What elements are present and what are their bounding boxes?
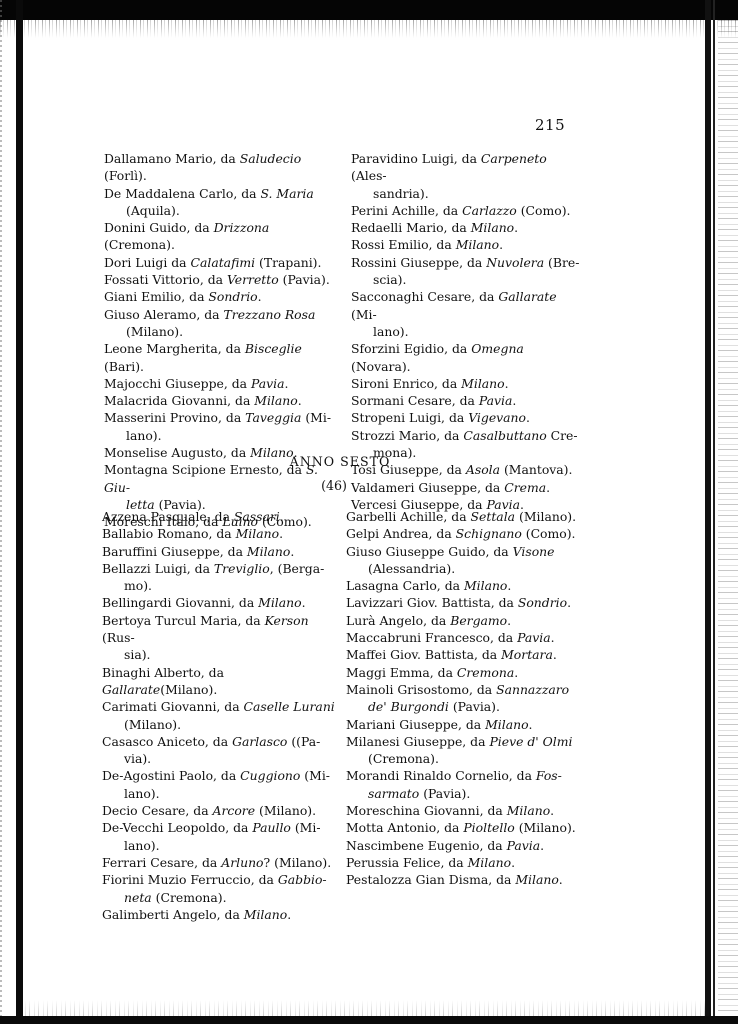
entry-province: . bbox=[550, 803, 554, 818]
entry-province: (Milano). bbox=[515, 509, 576, 524]
entry-name: Strozzi Mario, da bbox=[351, 428, 463, 443]
list-entry: Lasagna Carlo, da Milano. bbox=[346, 577, 582, 594]
entry-province: . bbox=[258, 289, 262, 304]
entry-name: Maggi Emma, da bbox=[346, 665, 457, 680]
entry-place: Pavia bbox=[517, 630, 551, 645]
entry-continuation: sarmato (Pavia). bbox=[346, 785, 582, 802]
entry-place: Sondrio bbox=[518, 595, 567, 610]
entry-place-continuation: neta bbox=[124, 890, 152, 905]
entry-continuation: neta (Cremona). bbox=[102, 889, 340, 906]
entry-name: Redaelli Mario, da bbox=[351, 220, 471, 235]
entry-province: . bbox=[551, 630, 555, 645]
entry-continuation: lano). bbox=[351, 323, 581, 340]
page-number: 215 bbox=[535, 116, 565, 134]
list-entry: Sironi Enrico, da Milano. bbox=[351, 375, 581, 392]
list-entry: Majocchi Giuseppe, da Pavia. bbox=[104, 375, 340, 392]
list-entry: Decio Cesare, da Arcore (Milano). bbox=[102, 802, 340, 819]
list-entry: Sacconaghi Cesare, da Gallarate (Mi-lano… bbox=[351, 288, 581, 340]
entry-continuation-text: via). bbox=[124, 751, 151, 766]
list-entry: Bellingardi Giovanni, da Milano. bbox=[102, 594, 340, 611]
entry-continuation: scia). bbox=[351, 271, 581, 288]
entry-continuation: sandria). bbox=[351, 185, 581, 202]
entry-place: Drizzona bbox=[214, 220, 270, 235]
entry-place: Pavia bbox=[479, 393, 513, 408]
list-entry: De-Agostini Paolo, da Cuggiono (Mi-lano)… bbox=[102, 767, 340, 802]
entry-place: Milano bbox=[456, 237, 499, 252]
entry-continuation-text: (Pavia). bbox=[449, 699, 500, 714]
entry-place-continuation: sarmato bbox=[368, 786, 419, 801]
entry-name: Motta Antonio, da bbox=[346, 820, 463, 835]
entry-province: . bbox=[507, 613, 511, 628]
entry-province: (Bari). bbox=[104, 359, 144, 374]
list-entry: Casasco Aniceto, da Garlasco ((Pa-via). bbox=[102, 733, 340, 768]
entry-name: Nascimbene Eugenio, da bbox=[346, 838, 507, 853]
scan-noise-bottom bbox=[20, 1000, 710, 1016]
entry-place: Bergamo bbox=[450, 613, 507, 628]
entry-name: Milanesi Giuseppe, da bbox=[346, 734, 489, 749]
entry-place: Sassari bbox=[234, 509, 280, 524]
entry-continuation-text: sia). bbox=[124, 647, 150, 662]
entry-place: Milano bbox=[507, 803, 550, 818]
entry-province: . bbox=[290, 544, 294, 559]
entry-place: Carpeneto bbox=[481, 151, 547, 166]
list-entry: Ballabio Romano, da Milano. bbox=[102, 525, 340, 542]
list-entry: Masserini Provino, da Taveggia (Mi-lano)… bbox=[104, 409, 340, 444]
entry-name: Dallamano Mario, da bbox=[104, 151, 240, 166]
entry-continuation: (Milano). bbox=[104, 323, 340, 340]
entry-place: Milano bbox=[461, 376, 504, 391]
entry-province: . bbox=[512, 393, 516, 408]
entry-place: Milano bbox=[515, 872, 558, 887]
entry-place: S. Maria bbox=[260, 186, 313, 201]
entry-continuation-text: (Alessandria). bbox=[368, 561, 455, 576]
entry-continuation-text: (Pavia). bbox=[419, 786, 470, 801]
entry-province: . bbox=[505, 376, 509, 391]
entry-place: Paullo bbox=[252, 820, 291, 835]
entry-name: Stropeni Luigi, da bbox=[351, 410, 468, 425]
entry-province: (Cremona). bbox=[104, 237, 175, 252]
entry-place: Pavia bbox=[507, 838, 541, 853]
entry-name: Lasagna Carlo, da bbox=[346, 578, 464, 593]
entry-province: (Mi- bbox=[300, 768, 330, 783]
list-entry: Baruffini Giuseppe, da Milano. bbox=[102, 543, 340, 560]
section-title-text: ANNO SESTO bbox=[290, 454, 391, 469]
list-entry: Rossi Emilio, da Milano. bbox=[351, 236, 581, 253]
entry-continuation-text: lano). bbox=[124, 838, 160, 853]
entry-name: Casasco Aniceto, da bbox=[102, 734, 232, 749]
entry-name: Rossi Emilio, da bbox=[351, 237, 456, 252]
entry-province: (Novara). bbox=[351, 359, 411, 374]
entry-province: , (Berga- bbox=[270, 561, 325, 576]
entry-name: Ballabio Romano, da bbox=[102, 526, 236, 541]
list-entry: Ferrari Cesare, da Arluno? (Milano). bbox=[102, 854, 340, 871]
entry-province: . bbox=[540, 838, 544, 853]
list-entry: Garbelli Achille, da Settala (Milano). bbox=[346, 508, 582, 525]
entry-place: Treviglio bbox=[214, 561, 270, 576]
entry-name: Rossini Giuseppe, da bbox=[351, 255, 486, 270]
entry-name: Carimati Giovanni, da bbox=[102, 699, 244, 714]
entry-name: Sforzini Egidio, da bbox=[351, 341, 471, 356]
entry-province: . bbox=[298, 393, 302, 408]
entry-name: Morandi Rinaldo Cornelio, da bbox=[346, 768, 536, 783]
entry-place: Milano bbox=[464, 578, 507, 593]
entry-province: (Mi- bbox=[301, 410, 331, 425]
entry-name: Giani Emilio, da bbox=[104, 289, 208, 304]
entry-place: Casalbuttano bbox=[463, 428, 546, 443]
entry-name: Malacrida Giovanni, da bbox=[104, 393, 254, 408]
scan-noise-top bbox=[0, 20, 738, 38]
entry-continuation-text: lano). bbox=[373, 324, 409, 339]
entry-place: Schignano bbox=[456, 526, 522, 541]
entry-province: . bbox=[507, 578, 511, 593]
entry-place: Milano bbox=[247, 544, 290, 559]
entry-name: Sironi Enrico, da bbox=[351, 376, 461, 391]
list-entry: Rossini Giuseppe, da Nuvolera (Bre-scia)… bbox=[351, 254, 581, 289]
entry-name: Dori Luigi da bbox=[104, 255, 190, 270]
prior-list-left-column: Dallamano Mario, da Saludecio (Forlì).De… bbox=[104, 150, 340, 531]
entry-name: Leone Margherita, da bbox=[104, 341, 245, 356]
entry-name: De Maddalena Carlo, da bbox=[104, 186, 260, 201]
entry-place: Pioltello bbox=[463, 820, 514, 835]
entry-name: Lurà Angelo, da bbox=[346, 613, 450, 628]
entry-place: Sondrio bbox=[208, 289, 257, 304]
list-entry: Fossati Vittorio, da Verretto (Pavia). bbox=[104, 271, 340, 288]
entry-name: Masserini Provino, da bbox=[104, 410, 245, 425]
entry-place: Pieve d' Olmi bbox=[489, 734, 572, 749]
entry-name: Sacconaghi Cesare, da bbox=[351, 289, 498, 304]
scan-noise-right bbox=[718, 20, 738, 1024]
entry-name: Bellingardi Giovanni, da bbox=[102, 595, 258, 610]
entry-province: (Como). bbox=[522, 526, 576, 541]
entry-name: Bertoya Turcul Maria, da bbox=[102, 613, 265, 628]
entry-place: Milano bbox=[468, 855, 511, 870]
list-entry: De Maddalena Carlo, da S. Maria(Aquila). bbox=[104, 185, 340, 220]
entry-name: Garbelli Achille, da bbox=[346, 509, 471, 524]
entry-place: Gallarate bbox=[102, 682, 160, 697]
entry-name: Baruffini Giuseppe, da bbox=[102, 544, 247, 559]
entry-continuation: lano). bbox=[102, 785, 340, 802]
entry-province: (Milano). bbox=[515, 820, 576, 835]
entry-name: Mainoli Grisostomo, da bbox=[346, 682, 496, 697]
entry-name: Majocchi Giuseppe, da bbox=[104, 376, 251, 391]
entry-province: (Rus- bbox=[102, 630, 135, 645]
entry-province: . bbox=[511, 855, 515, 870]
entry-name: Perini Achille, da bbox=[351, 203, 462, 218]
list-entry: Galimberti Angelo, da Milano. bbox=[102, 906, 340, 923]
entry-name: Giuso Aleramo, da bbox=[104, 307, 224, 322]
list-entry: Maggi Emma, da Cremona. bbox=[346, 664, 582, 681]
list-entry: Pestalozza Gian Disma, da Milano. bbox=[346, 871, 582, 888]
list-entry: Nascimbene Eugenio, da Pavia. bbox=[346, 837, 582, 854]
entry-continuation: sia). bbox=[102, 646, 340, 663]
entry-place: Visone bbox=[513, 544, 555, 559]
list-entry: Fiorini Muzio Ferruccio, da Gabbio-neta … bbox=[102, 871, 340, 906]
list-entry: Giuso Aleramo, da Trezzano Rosa(Milano). bbox=[104, 306, 340, 341]
entry-province: . bbox=[514, 220, 518, 235]
entry-name: Galimberti Angelo, da bbox=[102, 907, 244, 922]
entry-name: Lavizzari Giov. Battista, da bbox=[346, 595, 518, 610]
entry-place: Kerson bbox=[265, 613, 309, 628]
list-entry: Bertoya Turcul Maria, da Kerson (Rus-sia… bbox=[102, 612, 340, 664]
entry-name: Maccabruni Francesco, da bbox=[346, 630, 517, 645]
entry-continuation: (Alessandria). bbox=[346, 560, 582, 577]
scan-border-right bbox=[705, 0, 711, 1024]
entry-name: Pestalozza Gian Disma, da bbox=[346, 872, 515, 887]
entry-place: Arluno bbox=[221, 855, 263, 870]
entry-place: Cuggiono bbox=[240, 768, 300, 783]
entry-continuation: (Milano). bbox=[102, 716, 340, 733]
anno-sesto-right-column: Garbelli Achille, da Settala (Milano).Ge… bbox=[346, 508, 582, 889]
list-entry: Dori Luigi da Calatafimi (Trapani). bbox=[104, 254, 340, 271]
entry-province: (Pavia). bbox=[279, 272, 330, 287]
entry-continuation-text: (Aquila). bbox=[126, 203, 180, 218]
entry-province: . bbox=[302, 595, 306, 610]
entry-province: ? (Milano). bbox=[264, 855, 332, 870]
list-entry: Mainoli Grisostomo, da Sannazzarode' Bur… bbox=[346, 681, 582, 716]
entry-place: Verretto bbox=[227, 272, 279, 287]
entry-name: Decio Cesare, da bbox=[102, 803, 213, 818]
entry-place: Gabbio- bbox=[278, 872, 327, 887]
list-entry: Sforzini Egidio, da Omegna (Novara). bbox=[351, 340, 581, 375]
entry-continuation-text: (Milano). bbox=[124, 717, 181, 732]
entry-place: Trezzano Rosa bbox=[224, 307, 316, 322]
entry-continuation: lano). bbox=[102, 837, 340, 854]
entry-name: Azzena Pasquale, da bbox=[102, 509, 234, 524]
entry-place: Milano bbox=[471, 220, 514, 235]
list-entry: Perussia Felice, da Milano. bbox=[346, 854, 582, 871]
entry-name: Mariani Giuseppe, da bbox=[346, 717, 485, 732]
list-entry: Stropeni Luigi, da Vigevano. bbox=[351, 409, 581, 426]
entry-province: (Bre- bbox=[544, 255, 579, 270]
entry-place: Vigevano bbox=[468, 410, 526, 425]
entry-name: Fiorini Muzio Ferruccio, da bbox=[102, 872, 278, 887]
list-entry: Leone Margherita, da Bisceglie (Bari). bbox=[104, 340, 340, 375]
scan-border-top bbox=[0, 0, 738, 20]
entry-province: . bbox=[529, 717, 533, 732]
entry-place: Milano bbox=[254, 393, 297, 408]
entry-province: (Ales- bbox=[351, 168, 387, 183]
entry-name: Paravidino Luigi, da bbox=[351, 151, 481, 166]
list-entry: Gelpi Andrea, da Schignano (Como). bbox=[346, 525, 582, 542]
entry-province: . bbox=[287, 907, 291, 922]
entry-continuation-text: sandria). bbox=[373, 186, 429, 201]
entry-continuation: de' Burgondi (Pavia). bbox=[346, 698, 582, 715]
section-title: ANNO SESTO bbox=[0, 454, 680, 469]
list-entry: De-Vecchi Leopoldo, da Paullo (Mi-lano). bbox=[102, 819, 340, 854]
entry-name: Sormani Cesare, da bbox=[351, 393, 479, 408]
scan-edge-left bbox=[0, 0, 2, 1024]
entry-continuation: (Aquila). bbox=[104, 202, 340, 219]
entry-place: Caselle Lurani bbox=[244, 699, 335, 714]
entry-continuation: (Cremona). bbox=[346, 750, 582, 767]
list-entry: Dallamano Mario, da Saludecio (Forlì). bbox=[104, 150, 340, 185]
entry-name: De-Agostini Paolo, da bbox=[102, 768, 240, 783]
entry-name: Gelpi Andrea, da bbox=[346, 526, 456, 541]
entry-name: Donini Guido, da bbox=[104, 220, 214, 235]
entry-province: (Mi- bbox=[351, 307, 377, 322]
entry-province: Cre- bbox=[547, 428, 578, 443]
entry-province: (Mi- bbox=[291, 820, 321, 835]
entry-continuation: lano). bbox=[104, 427, 340, 444]
entry-place: Omegna bbox=[471, 341, 524, 356]
entry-place: Garlasco bbox=[232, 734, 287, 749]
list-entry: Azzena Pasquale, da Sassari. bbox=[102, 508, 340, 525]
entry-continuation: mo). bbox=[102, 577, 340, 594]
entry-place: Calatafimi bbox=[190, 255, 255, 270]
anno-sesto-left-column: Azzena Pasquale, da Sassari.Ballabio Rom… bbox=[102, 508, 340, 923]
entry-name: Moreschina Giovanni, da bbox=[346, 803, 507, 818]
entry-place: Carlazzo bbox=[462, 203, 517, 218]
entry-place: Taveggia bbox=[245, 410, 301, 425]
list-entry: Maccabruni Francesco, da Pavia. bbox=[346, 629, 582, 646]
entry-province: (Trapani). bbox=[255, 255, 321, 270]
scan-border-left bbox=[16, 0, 23, 1024]
entry-place: Milano bbox=[485, 717, 528, 732]
entry-name: De-Vecchi Leopoldo, da bbox=[102, 820, 252, 835]
entry-name: Maffei Giov. Battista, da bbox=[346, 647, 501, 662]
entry-place: Gallarate bbox=[498, 289, 556, 304]
entry-province: . bbox=[499, 237, 503, 252]
list-entry: Milanesi Giuseppe, da Pieve d' Olmi(Crem… bbox=[346, 733, 582, 768]
entry-continuation-text: (Cremona). bbox=[152, 890, 227, 905]
entry-continuation-text: (Milano). bbox=[126, 324, 183, 339]
entry-place: Mortara bbox=[501, 647, 553, 662]
entry-name: Ferrari Cesare, da bbox=[102, 855, 221, 870]
entry-continuation-text: (Cremona). bbox=[368, 751, 439, 766]
entry-place-continuation: de' Burgondi bbox=[368, 699, 449, 714]
entry-name: Perussia Felice, da bbox=[346, 855, 468, 870]
list-entry: Lurà Angelo, da Bergamo. bbox=[346, 612, 582, 629]
entry-name: Bellazzi Luigi, da bbox=[102, 561, 214, 576]
entry-province: (Milano). bbox=[255, 803, 316, 818]
list-entry: Redaelli Mario, da Milano. bbox=[351, 219, 581, 236]
list-entry: Giuso Giuseppe Guido, da Visone(Alessand… bbox=[346, 543, 582, 578]
entry-province: (Milano). bbox=[160, 682, 217, 697]
entry-province: . bbox=[553, 647, 557, 662]
list-entry: Moreschina Giovanni, da Milano. bbox=[346, 802, 582, 819]
scan-border-bottom bbox=[0, 1016, 738, 1024]
entry-place: Saludecio bbox=[240, 151, 301, 166]
entry-place: Milano bbox=[244, 907, 287, 922]
entry-continuation-text: lano). bbox=[126, 428, 162, 443]
list-entry: Giani Emilio, da Sondrio. bbox=[104, 288, 340, 305]
list-entry: Carimati Giovanni, da Caselle Lurani(Mil… bbox=[102, 698, 340, 733]
entry-name: Binaghi Alberto, da bbox=[102, 665, 224, 680]
list-entry: Binaghi Alberto, da Gallarate(Milano). bbox=[102, 664, 340, 699]
list-entry: Mariani Giuseppe, da Milano. bbox=[346, 716, 582, 733]
entry-province: . bbox=[285, 376, 289, 391]
list-entry: Perini Achille, da Carlazzo (Como). bbox=[351, 202, 581, 219]
entry-province: ((Pa- bbox=[287, 734, 320, 749]
list-entry: Malacrida Giovanni, da Milano. bbox=[104, 392, 340, 409]
entry-province: . bbox=[567, 595, 571, 610]
entry-province: . bbox=[526, 410, 530, 425]
scan-border-right-thin bbox=[713, 0, 715, 1024]
entry-continuation: via). bbox=[102, 750, 340, 767]
list-entry: Motta Antonio, da Pioltello (Milano). bbox=[346, 819, 582, 836]
entry-province: (Forlì). bbox=[104, 168, 147, 183]
entry-place: Milano bbox=[258, 595, 301, 610]
list-entry: Paravidino Luigi, da Carpeneto (Ales-san… bbox=[351, 150, 581, 202]
entry-province: . bbox=[279, 526, 283, 541]
entry-place: Settala bbox=[471, 509, 516, 524]
entry-province: . bbox=[559, 872, 563, 887]
list-entry: Lavizzari Giov. Battista, da Sondrio. bbox=[346, 594, 582, 611]
entry-continuation-text: scia). bbox=[373, 272, 406, 287]
entry-province: . bbox=[280, 509, 284, 524]
section-count: (46) bbox=[0, 478, 668, 493]
entry-continuation-text: mo). bbox=[124, 578, 152, 593]
list-entry: Donini Guido, da Drizzona (Cremona). bbox=[104, 219, 340, 254]
entry-place: Fos- bbox=[536, 768, 562, 783]
entry-place: Milano bbox=[236, 526, 279, 541]
entry-place: Arcore bbox=[213, 803, 256, 818]
entry-province: (Como). bbox=[517, 203, 571, 218]
entry-name: Giuso Giuseppe Guido, da bbox=[346, 544, 513, 559]
entry-place: Nuvolera bbox=[486, 255, 544, 270]
list-entry: Bellazzi Luigi, da Treviglio, (Berga-mo)… bbox=[102, 560, 340, 595]
list-entry: Sormani Cesare, da Pavia. bbox=[351, 392, 581, 409]
list-entry: Maffei Giov. Battista, da Mortara. bbox=[346, 646, 582, 663]
entry-province: . bbox=[514, 665, 518, 680]
entry-place: Sannazzaro bbox=[496, 682, 569, 697]
entry-name: Fossati Vittorio, da bbox=[104, 272, 227, 287]
entry-place: Cremona bbox=[457, 665, 514, 680]
entry-place: Bisceglie bbox=[245, 341, 302, 356]
list-entry: Morandi Rinaldo Cornelio, da Fos-sarmato… bbox=[346, 767, 582, 802]
entry-continuation-text: lano). bbox=[124, 786, 160, 801]
entry-place: Pavia bbox=[251, 376, 285, 391]
